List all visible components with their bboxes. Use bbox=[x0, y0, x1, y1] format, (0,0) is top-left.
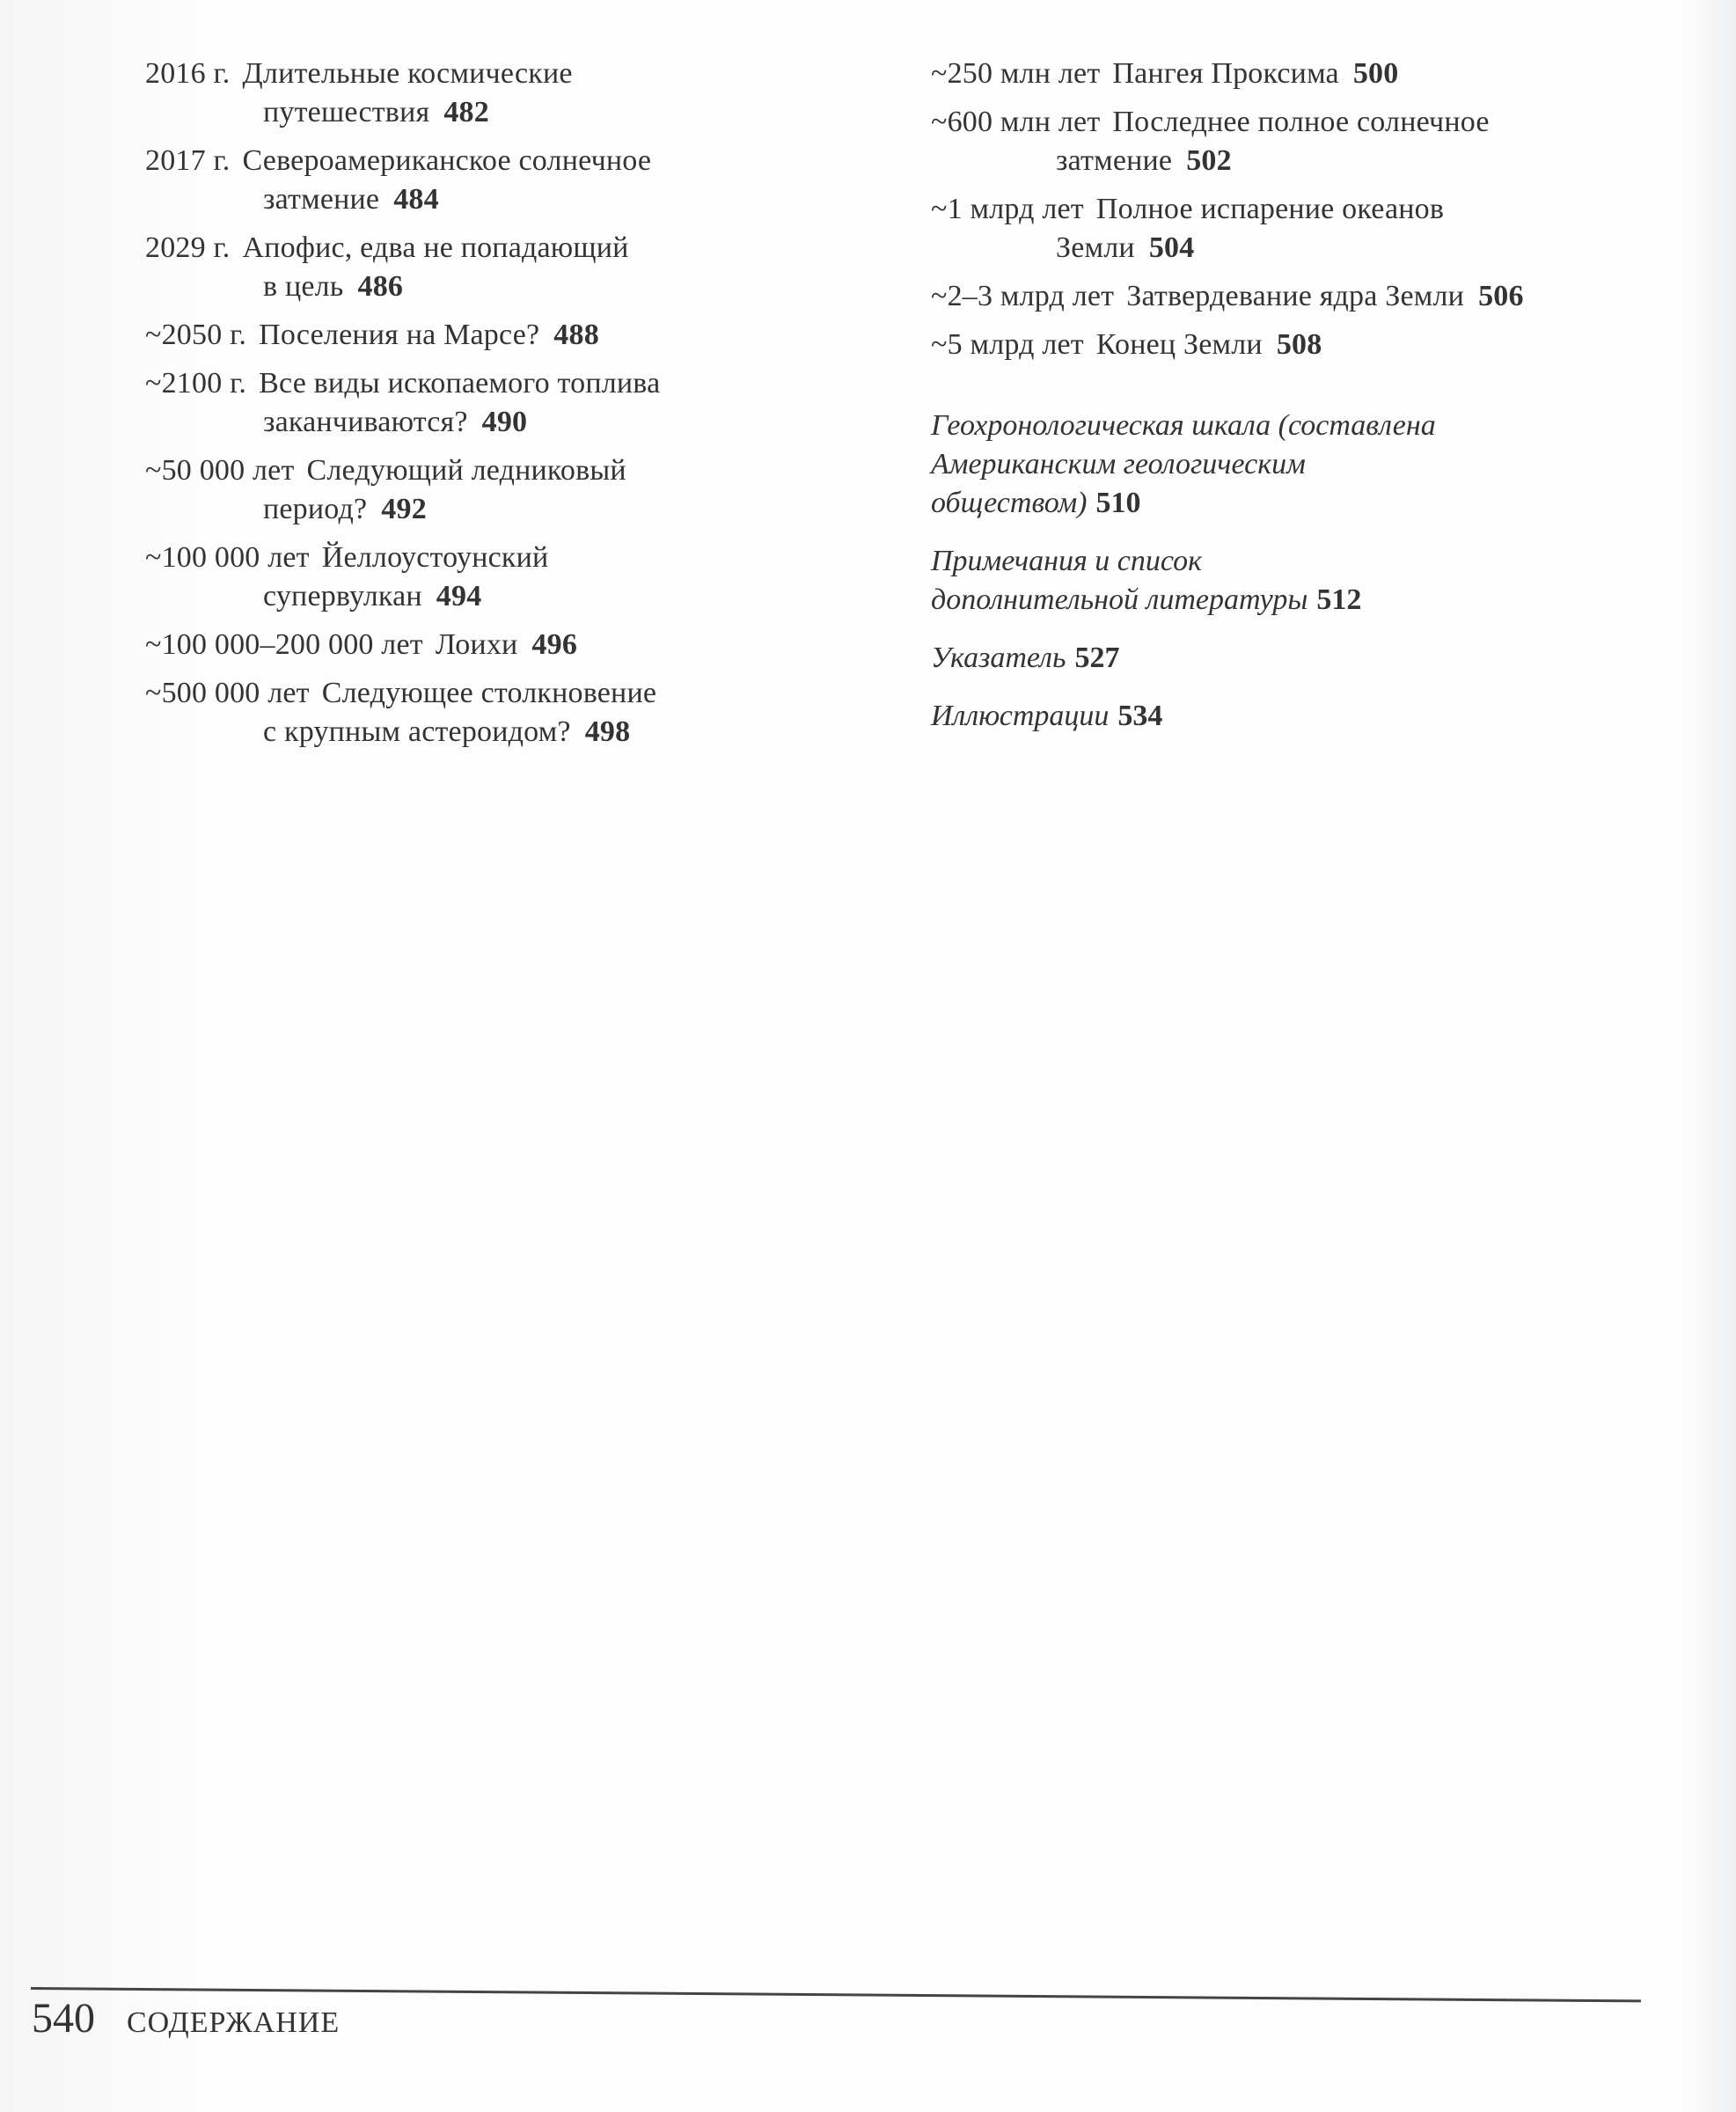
toc-entry[interactable]: ~1 млрд летПолное испарение океановЗемли… bbox=[931, 190, 1688, 268]
toc-entry-date: ~600 млн лет bbox=[931, 106, 1100, 138]
toc-entry-title-text: Примечания и список bbox=[931, 545, 1202, 577]
toc-entry-date: ~2050 г. bbox=[145, 319, 246, 351]
toc-entry-page: 527 bbox=[1074, 642, 1119, 674]
page-footer: 540 СОДЕРЖАНИЕ bbox=[32, 1994, 340, 2042]
toc-entry-page: 482 bbox=[443, 96, 489, 128]
toc-entry-title-text: Иллюстрации bbox=[931, 700, 1109, 732]
toc-entry-title: затмение bbox=[1056, 144, 1172, 177]
toc-entry-title: Поселения на Марсе? bbox=[259, 319, 539, 351]
toc-entry-page: 510 bbox=[1096, 487, 1141, 519]
toc-entry-date: ~500 000 лет bbox=[145, 677, 310, 709]
page-shadow-right bbox=[1683, 0, 1736, 2112]
toc-back-matter: Геохронологическая шкала (составленаАмер… bbox=[931, 407, 1688, 736]
toc-entry-title: Йеллоустоунский bbox=[322, 541, 549, 574]
toc-entry-date: ~250 млн лет bbox=[931, 57, 1100, 90]
toc-entry-page: 500 bbox=[1353, 57, 1399, 90]
toc-entry-title: Земли bbox=[1056, 231, 1135, 264]
toc-entry-page: 492 bbox=[381, 493, 427, 525]
toc-entry-page: 534 bbox=[1117, 700, 1162, 732]
toc-entry-page: 502 bbox=[1186, 144, 1232, 177]
toc-entry-title: Североамериканское солнечное bbox=[243, 144, 652, 177]
toc-entry-page: 506 bbox=[1478, 280, 1524, 312]
toc-entry-page: 486 bbox=[358, 270, 404, 303]
toc-entry-title: Длительные космические bbox=[243, 57, 573, 90]
toc-entry-title: Полное испарение океанов bbox=[1096, 193, 1444, 225]
toc-entry[interactable]: 2029 г.Апофис, едва не попадающийв цель4… bbox=[145, 229, 814, 306]
toc-back-matter-entry[interactable]: Иллюстрации534 bbox=[931, 697, 1688, 736]
toc-entry-title: Геохронологическая шкала (составлена bbox=[931, 407, 1688, 445]
toc-entry-page: 484 bbox=[393, 183, 439, 216]
toc-entry-title: путешествия bbox=[263, 96, 429, 128]
toc-entry[interactable]: ~100 000–200 000 летЛоихи496 bbox=[145, 626, 814, 664]
toc-entry[interactable]: ~2050 г.Поселения на Марсе?488 bbox=[145, 316, 814, 355]
toc-entry-title: Указатель527 bbox=[931, 639, 1688, 678]
toc-entry-title-text: дополнительной литературы bbox=[931, 583, 1307, 616]
toc-entry-date: ~5 млрд лет bbox=[931, 328, 1084, 361]
toc-entry-page: 504 bbox=[1149, 231, 1195, 264]
toc-entry-title: в цель bbox=[263, 270, 344, 303]
toc-entry[interactable]: ~100 000 летЙеллоустоунскийсупервулкан49… bbox=[145, 539, 814, 616]
toc-entry-title: Примечания и список bbox=[931, 542, 1688, 581]
toc-entry-page: 494 bbox=[436, 580, 482, 612]
toc-entry[interactable]: ~600 млн летПоследнее полное солнечноеза… bbox=[931, 103, 1688, 180]
toc-entry-title: обществом)510 bbox=[931, 484, 1688, 523]
toc-entry-title: период? bbox=[263, 493, 367, 525]
toc-entry-title: Следующий ледниковый bbox=[307, 454, 626, 487]
toc-right-column: ~250 млн летПангея Проксима500~600 млн л… bbox=[931, 55, 1688, 755]
toc-entry-date: ~1 млрд лет bbox=[931, 193, 1084, 225]
toc-entry[interactable]: ~2–3 млрд летЗатвердевание ядра Земли506 bbox=[931, 277, 1688, 316]
toc-entry-title-text: Геохронологическая шкала (составлена bbox=[931, 409, 1436, 442]
toc-entry-date: ~100 000–200 000 лет bbox=[145, 628, 423, 661]
toc-entry[interactable]: ~250 млн летПангея Проксима500 bbox=[931, 55, 1688, 93]
toc-entry-title: Апофис, едва не попадающий bbox=[243, 231, 629, 264]
toc-entry-page: 498 bbox=[585, 715, 631, 748]
toc-entry-title: затмение bbox=[263, 183, 379, 216]
toc-entry-page: 512 bbox=[1316, 583, 1361, 616]
toc-entry-date: ~50 000 лет bbox=[145, 454, 295, 487]
toc-entry-title: с крупным астероидом? bbox=[263, 715, 571, 748]
running-title: СОДЕРЖАНИЕ bbox=[127, 2006, 340, 2040]
toc-right-entries: ~250 млн летПангея Проксима500~600 млн л… bbox=[931, 55, 1688, 364]
toc-entry-title: супервулкан bbox=[263, 580, 422, 612]
toc-entry-date: 2029 г. bbox=[145, 231, 231, 264]
toc-entry[interactable]: ~5 млрд летКонец Земли508 bbox=[931, 326, 1688, 364]
toc-entry-title: заканчиваются? bbox=[263, 406, 468, 438]
toc-back-matter-entry[interactable]: Указатель527 bbox=[931, 639, 1688, 678]
toc-entry-title: Конец Земли bbox=[1096, 328, 1263, 361]
toc-entry-title: дополнительной литературы512 bbox=[931, 581, 1688, 620]
toc-entry-date: 2016 г. bbox=[145, 57, 231, 90]
toc-entry-title: Затвердевание ядра Земли bbox=[1126, 280, 1464, 312]
toc-entry-page: 488 bbox=[553, 319, 599, 351]
toc-entry-title: Лоихи bbox=[436, 628, 518, 661]
toc-entry-date: ~2100 г. bbox=[145, 367, 246, 400]
toc-entry-date: ~2–3 млрд лет bbox=[931, 280, 1114, 312]
toc-entry-page: 496 bbox=[531, 628, 577, 661]
toc-entry-date: ~100 000 лет bbox=[145, 541, 310, 574]
toc-left-column: 2016 г.Длительные космическиепутешествия… bbox=[145, 55, 814, 761]
toc-entry-title: Последнее полное солнечное bbox=[1112, 106, 1489, 138]
toc-entry-title: Иллюстрации534 bbox=[931, 697, 1688, 736]
page-number: 540 bbox=[32, 1994, 95, 2042]
toc-entry-page: 508 bbox=[1277, 328, 1322, 361]
toc-entry-title: Американским геологическим bbox=[931, 445, 1688, 484]
toc-entry-title-text: обществом) bbox=[931, 487, 1088, 519]
toc-entry[interactable]: ~2100 г.Все виды ископаемого топливазака… bbox=[145, 364, 814, 442]
toc-entry-title-text: Американским геологическим bbox=[931, 448, 1306, 480]
toc-entry-title: Все виды ископаемого топлива bbox=[259, 367, 660, 400]
toc-entry-title: Пангея Проксима bbox=[1112, 57, 1338, 90]
toc-back-matter-entry[interactable]: Геохронологическая шкала (составленаАмер… bbox=[931, 407, 1688, 523]
toc-entry-date: 2017 г. bbox=[145, 144, 231, 177]
toc-entry[interactable]: 2016 г.Длительные космическиепутешествия… bbox=[145, 55, 814, 132]
toc-entry-title: Следующее столкновение bbox=[322, 677, 656, 709]
toc-entry-page: 490 bbox=[482, 406, 528, 438]
toc-entry[interactable]: ~50 000 летСледующий ледниковыйпериод?49… bbox=[145, 451, 814, 529]
toc-back-matter-entry[interactable]: Примечания и списокдополнительной литера… bbox=[931, 542, 1688, 620]
toc-entry-title-text: Указатель bbox=[931, 642, 1066, 674]
toc-entry[interactable]: ~500 000 летСледующее столкновениес круп… bbox=[145, 674, 814, 752]
toc-entry[interactable]: 2017 г.Североамериканское солнечноезатме… bbox=[145, 142, 814, 219]
